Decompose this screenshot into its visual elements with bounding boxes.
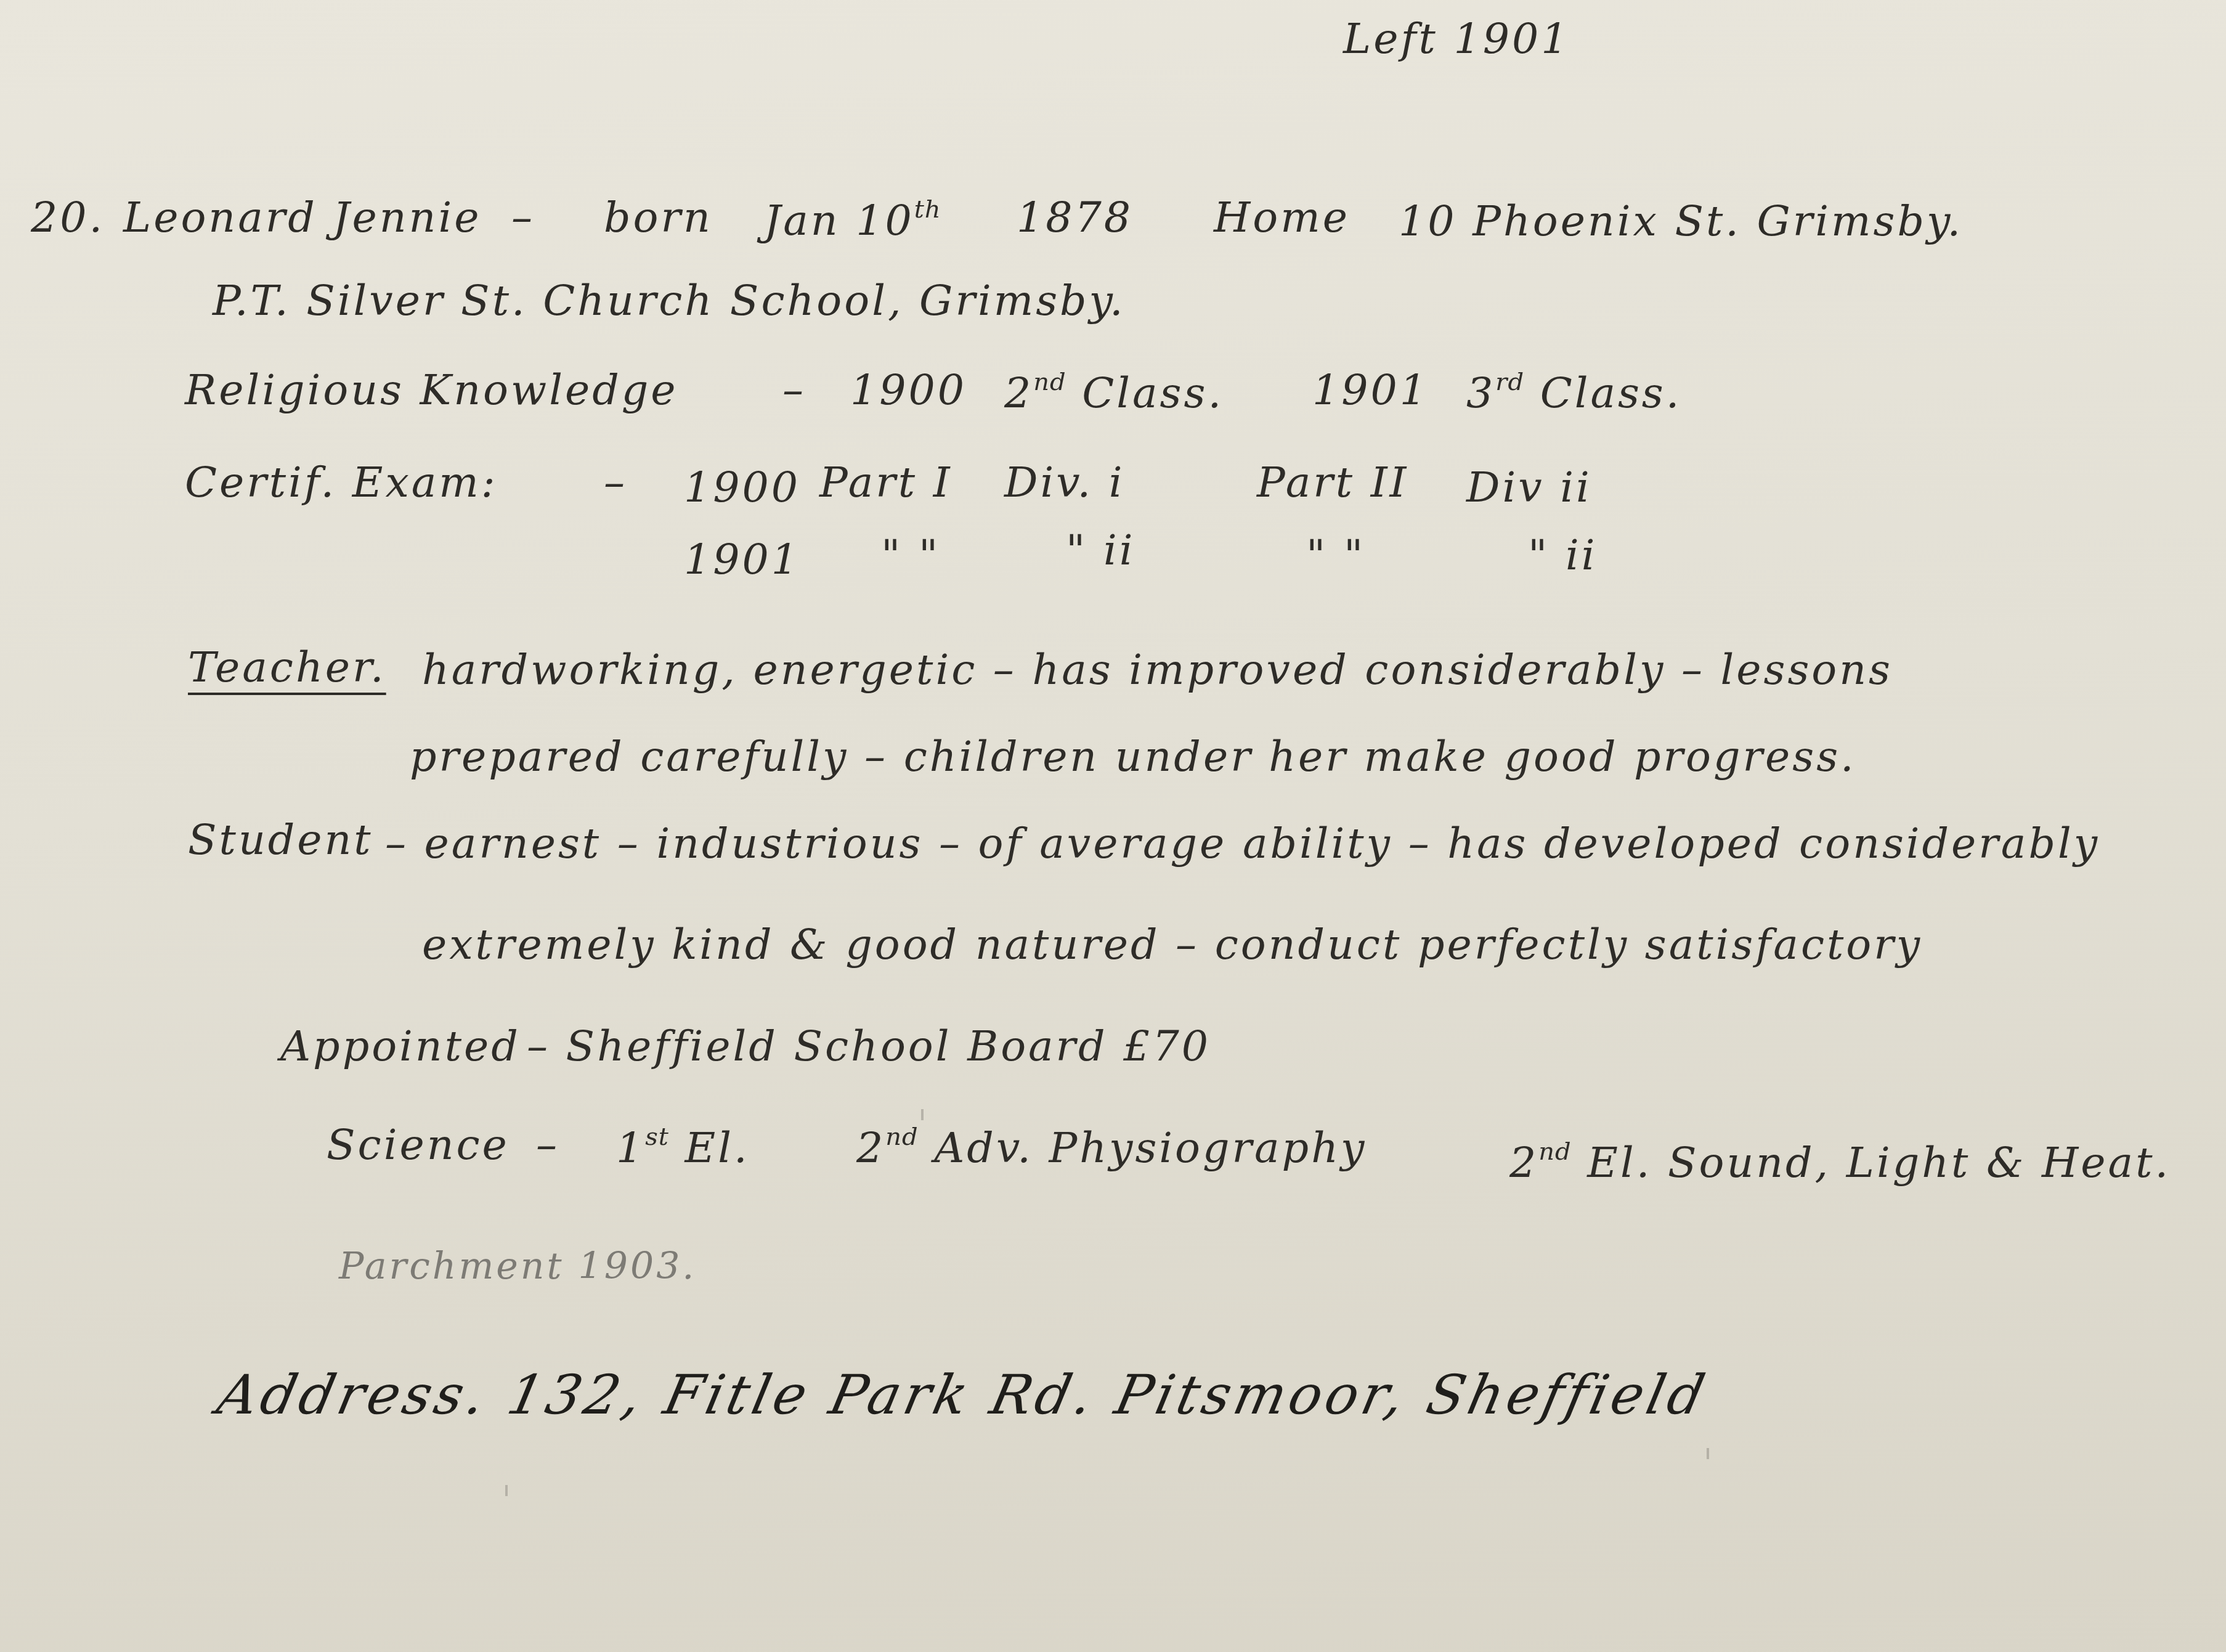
religious-knowledge-line: Religious Knowledge – 1900 2nd Class. 19… [185,370,2033,425]
born-month-day: Jan 10 [764,197,914,245]
science-line: Science – 1st El. 2nd Adv. Physiography … [327,1125,2226,1211]
rk-class-1901: 3rd Class. [1466,370,1681,415]
teacher-line-2: prepared carefully – children under her … [410,736,1856,778]
paper-speck [1707,1448,1709,1459]
certif-1901-div1: " ii [1066,530,1135,572]
rk-class1-num: 2 [1004,369,1033,418]
science-second-rest: Adv. Physiography [934,1124,1367,1173]
certif-1900-part2: Part II [1257,462,1408,504]
rk-class2-suffix: rd [1495,368,1524,396]
school-line: P.T. Silver St. Church School, Grimsby. [213,280,1126,322]
rk-class1-word: Class. [1082,369,1224,418]
born-day-suffix: th [914,195,941,224]
student-name: Leonard Jennie [123,197,481,239]
certif-exam-label: Certif. Exam: [185,462,498,504]
certif-1900-year: 1900 [684,467,800,509]
entry-header-line: 20. Leonard Jennie – born Jan 10th 1878 … [31,197,2126,253]
certif-1901-div2: " ii [1528,535,1597,577]
certif-1901-year: 1901 [684,539,800,581]
certif-1900-part1: Part I [819,462,953,504]
certif-1901-part2: " " [1306,535,1365,577]
born-date: Jan 10th [764,197,941,242]
science-first-num: 1 [616,1124,645,1173]
student-line-2: extremely kind & good natured – conduct … [422,924,1922,966]
science-first-rest: El. [685,1124,750,1173]
paper-speck [921,1109,924,1120]
rk-year-1900: 1900 [850,370,967,412]
student-line-1: Student – earnest – industrious – of ave… [188,820,2221,875]
rk-class-1900: 2nd Class. [1004,370,1224,415]
certif-1900-div1: Div. i [1004,462,1125,504]
science-third: 2nd El. Sound, Light & Heat. [1509,1139,2171,1184]
science-dash: – [536,1125,559,1166]
certif-1900-div2: Div ii [1466,467,1592,509]
parchment-note: Parchment 1903. [339,1248,696,1285]
born-label: born [604,197,713,239]
address-line: Address. 132, Fitle Park Rd. Pitsmoor, S… [213,1368,1713,1422]
appointed-line: Appointed – Sheffield School Board £70 [280,1026,1513,1081]
science-second: 2nd Adv. Physiography [856,1125,1367,1170]
student-label: Student [188,820,373,861]
rk-class1-suffix: nd [1033,368,1066,396]
teacher-label: Teacher. [188,647,386,689]
rk-year-1901: 1901 [1312,370,1429,412]
name-dash: – [511,197,535,239]
science-first-suffix: st [645,1123,669,1151]
religious-knowledge-label: Religious Knowledge [185,370,678,412]
teacher-line-1: Teacher. hardworking, energetic – has im… [188,647,2159,702]
appointed-value: – Sheffield School Board £70 [527,1026,1211,1068]
science-second-num: 2 [856,1124,885,1173]
science-third-num: 2 [1509,1139,1538,1187]
left-note: Left 1901 [1343,18,1570,60]
science-label: Science [327,1125,510,1166]
certif-1901-part1: " " [881,535,940,577]
science-first: 1st El. [616,1125,750,1170]
science-second-suffix: nd [885,1123,918,1151]
rk-class2-num: 3 [1466,369,1495,418]
religious-knowledge-dash: – [782,370,806,412]
home-address: 10 Phoenix St. Grimsby. [1399,201,1963,243]
student-comment-1: – earnest – industrious – of average abi… [385,823,2100,865]
certif-exam-block: Certif. Exam: – 1900 Part I Div. i Part … [185,462,1725,598]
appointed-label: Appointed [280,1026,521,1068]
home-label: Home [1214,197,1350,239]
born-year: 1878 [1017,197,1133,239]
handwritten-record-page: Left 1901 20. Leonard Jennie – born Jan … [0,0,2226,1652]
rk-class2-word: Class. [1540,369,1682,418]
certif-exam-dash: – [604,462,627,504]
science-third-rest: El. Sound, Light & Heat. [1587,1139,2171,1187]
teacher-comment-1: hardworking, energetic – has improved co… [422,649,1893,691]
entry-number: 20. [31,197,105,239]
science-third-suffix: nd [1538,1137,1571,1166]
paper-speck [505,1485,508,1496]
